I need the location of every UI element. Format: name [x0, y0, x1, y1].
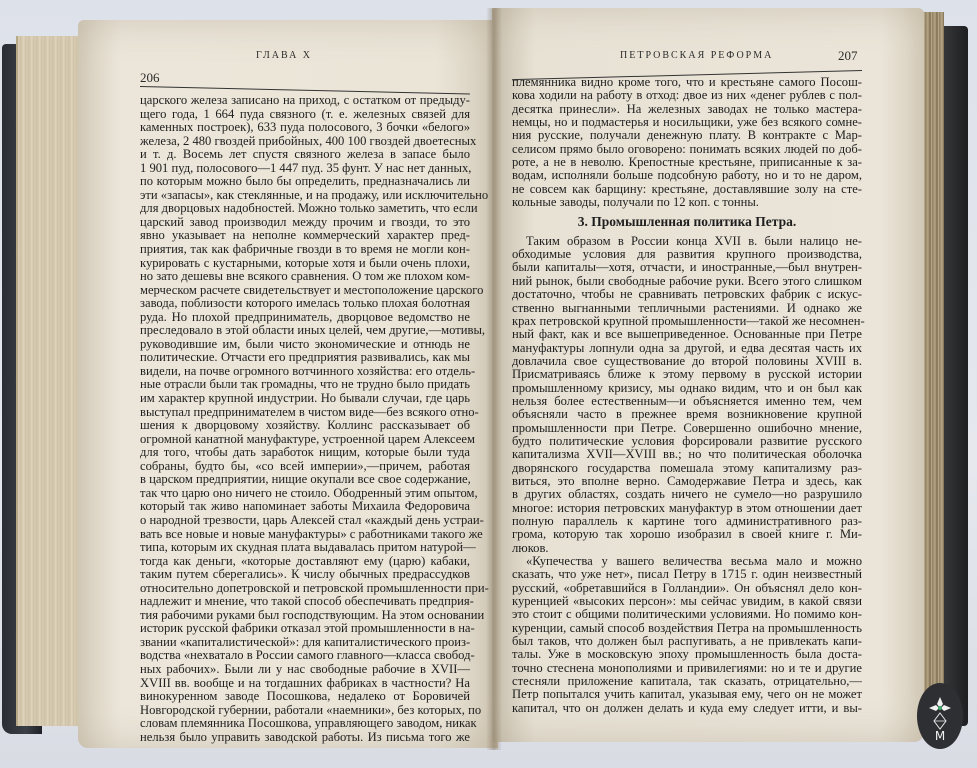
text-line: будто политические условия форсировали р… — [512, 435, 862, 448]
text-line: промышленности при Петре. Совершенно оши… — [512, 422, 862, 435]
text-line: водства «нехватало в России самого главн… — [140, 649, 470, 663]
text-line: и т. д. Восемь лет спустя связного желез… — [140, 148, 470, 162]
text-line: обходимые условия для развития крупного … — [512, 248, 862, 261]
page-number-right: 207 — [838, 48, 858, 64]
text-line: были капиталы—хотя, отчасти, и иностранн… — [512, 261, 862, 274]
text-line: дворянского государства помешала этому к… — [512, 462, 862, 475]
text-line: виться, это вполне верно. Самодержавие П… — [512, 475, 862, 488]
text-line: объясняли часто в прежнее время возникно… — [512, 408, 862, 421]
text-line: ний рынок, были свободные рабочие руки. … — [512, 275, 862, 288]
text-line: таким путем сберегались». К числу обычны… — [140, 568, 470, 582]
book-cover-right — [940, 26, 968, 726]
text-line: курировать с кустарными, которые хотя и … — [140, 257, 470, 271]
text-line: кольные заводы, получали по 12 коп. с то… — [512, 196, 862, 209]
text-line: надлежит и мнение, что такой способ обес… — [140, 595, 470, 609]
text-line: был таков, что должен был распугивать, а… — [512, 635, 862, 648]
text-line: явно указывает на неполне коммерческий х… — [140, 229, 470, 243]
text-line: но зато дешевы вне всякого сравнения. О … — [140, 270, 470, 284]
text-line: это стоит с общими политическими условия… — [512, 608, 862, 621]
text-line: ный факт, как и все вышеприведенное. Осн… — [512, 328, 862, 341]
text-line: в других областях, создать ничего не сум… — [512, 488, 862, 501]
text-line: промышленному кризису, мы однако видим, … — [512, 382, 862, 395]
text-line: звании «капиталистической»: для капитали… — [140, 636, 470, 650]
text-line: люков. — [512, 542, 862, 555]
left-page-body: царского железа записано на приход, с ос… — [140, 94, 470, 744]
text-line: ния русские, получали денежную плату. В … — [512, 129, 862, 142]
right-page: ПЕТРОВСКАЯ РЕФОРМА 207 племянника видно … — [492, 8, 924, 742]
text-line: ственно выгнанными тепличными растениями… — [512, 302, 862, 315]
text-line: для того, чтобы дать заработок нищим, ко… — [140, 446, 470, 460]
text-line: по которым можно было бы определить, пре… — [140, 175, 470, 189]
text-line: грома, которую так хорошо изобразил в св… — [512, 528, 862, 541]
text-line: относительно допетровской и петровской п… — [140, 582, 470, 596]
text-line: 1 901 пуд, полосового—1 447 пуд. 35 фунт… — [140, 162, 470, 176]
text-line: Присматриваясь ближе к этому первому в р… — [512, 368, 862, 381]
ornament-monogram-m-icon: M — [917, 683, 963, 749]
section-title: 3. Промышленная политика Петра. — [512, 215, 862, 228]
text-line: мерческом расчете свидетельствует и мест… — [140, 284, 470, 298]
text-line: эти «запасы», как стеклянные, и на прода… — [140, 189, 470, 203]
text-line: кова ходили на работу в отход: двое из н… — [512, 89, 862, 102]
text-line: вать все новые и новые мануфактуры» с ра… — [140, 528, 470, 542]
text-line: русский, «обретавшийся в Голландии». Он … — [512, 582, 862, 595]
text-line: нельзя более естественным—и объясняется … — [512, 395, 862, 408]
text-line: многое: история петровских мануфактур в … — [512, 502, 862, 515]
text-line: сказать, что уже нет», писал Петру в 171… — [512, 568, 862, 581]
text-line: так что царю оно ничего не стоило. Ободр… — [140, 487, 470, 501]
text-line: который так живо напоминает заботы Михаи… — [140, 500, 470, 514]
text-line: Петр попытался учить капитал, указывая е… — [512, 688, 862, 701]
text-line: стесняли приложение капитала, так сказат… — [512, 675, 862, 688]
text-line: «Купечества у вашего величества весьма м… — [512, 555, 862, 568]
text-line: им характер крупной индустрии. Но бывали… — [140, 392, 470, 406]
text-line: немцы, но и подмастерья и носильщики, уж… — [512, 116, 862, 129]
text-line: селисом прямо было оговорено: понимать в… — [512, 143, 862, 156]
text-line: довлачила свое существование до второй п… — [512, 355, 862, 368]
page-number-left: 206 — [140, 70, 160, 86]
text-line: ные отрасли были так громадны, что не тр… — [140, 378, 470, 392]
watermark-logo: M — [917, 683, 963, 749]
text-line: царского железа записано на приход, с ос… — [140, 94, 470, 108]
text-line: нельзя было управить заводской работы. И… — [140, 731, 470, 745]
text-line: историк русской фабрики отказал этой про… — [140, 622, 470, 636]
text-line: политические. Отчасти его предприятия ра… — [140, 351, 470, 365]
text-line: огромной канатной мануфактуре, устроенно… — [140, 433, 470, 447]
text-line: Таким образом в России конца XVII в. был… — [512, 235, 862, 248]
text-line: в царском предприятии, нищие окупали все… — [140, 473, 470, 487]
text-line: выступал предпринимателем в чистом виде—… — [140, 406, 470, 420]
text-line: тогда как деньги, «которые доставляют ем… — [140, 555, 470, 569]
text-line: ных рабочих». Были ли у нас свободные ра… — [140, 663, 470, 677]
text-line: приятия, так как фабричные гвозди в то в… — [140, 243, 470, 257]
text-line: завода, поблизости которого имелась толь… — [140, 297, 470, 311]
text-line: XVIII вв. вообще и на тогдашних фабриках… — [140, 677, 470, 691]
text-line: словам племянника Посошкова, управляющег… — [140, 717, 470, 731]
svg-text:M: M — [935, 729, 945, 743]
text-line: преследовало в этой области иных целей, … — [140, 324, 470, 338]
text-line: полную параллель к картине того админист… — [512, 515, 862, 528]
text-line: железа, 2 480 гвоздей прибойных, 400 100… — [140, 135, 470, 149]
text-line: капитал, что он должен делать и куда ему… — [512, 702, 862, 715]
text-line: крах петровской крупной промышленности—т… — [512, 315, 862, 328]
text-line: мануфактуры лопнули одна за другой, и ед… — [512, 342, 862, 355]
text-line: талы. Уже в московскую эпоху промышленно… — [512, 648, 862, 661]
text-line: Новгородской губернии, работали «наемник… — [140, 704, 470, 718]
text-line: шения к дворцовому хозяйству. Коллинс ра… — [140, 419, 470, 433]
text-line: не совсем как барщину: крестьяне, достав… — [512, 183, 862, 196]
text-line: куренцией «высоких персон»: мы сейчас ув… — [512, 595, 862, 608]
text-line: руководившие им, были чисто экономически… — [140, 338, 470, 352]
text-line: руда. Но плохой предприниматель, дворцов… — [140, 311, 470, 325]
text-line: водам, исполняли больше подсобную работу… — [512, 169, 862, 182]
text-line: достаточно, чтобы не сравнивать петровск… — [512, 288, 862, 301]
text-line: собраны, будто бы, «со всей империи»,—пр… — [140, 460, 470, 474]
running-head-left: ГЛАВА X — [256, 50, 312, 61]
text-line: племянника видно кроме того, что и крест… — [512, 76, 862, 89]
text-line: точно стеснена монополиями и привилегиям… — [512, 662, 862, 675]
text-line: для дворцовых надобностей. Можно только … — [140, 202, 470, 216]
book-gutter — [486, 8, 502, 750]
text-line: типа, которым их скудная плата выдавалас… — [140, 541, 470, 555]
right-page-body: племянника видно кроме того, что и крест… — [512, 76, 862, 715]
text-line: о народной трезвости, царь Алексей стал … — [140, 514, 470, 528]
text-line: каменных построек), 633 пуда полосового,… — [140, 121, 470, 135]
running-head-right: ПЕТРОВСКАЯ РЕФОРМА — [620, 50, 773, 61]
text-line: десятка принесли». На железных заводах н… — [512, 103, 862, 116]
text-line: тия рабочими руками был господствующим. … — [140, 609, 470, 623]
text-line: видели, на почве огромного вотчинного хо… — [140, 365, 470, 379]
text-line: царский завод производил между прочим и … — [140, 216, 470, 230]
text-line: винокуренном заводе Посошкова, недалеко … — [140, 690, 470, 704]
left-page: ГЛАВА X 206 царского железа записано на … — [78, 20, 498, 748]
text-line: куренции, самый способ воздействия Петра… — [512, 622, 862, 635]
text-line: капитализма XVII—XVIII вв.; но что полит… — [512, 448, 862, 461]
text-line: роте, а не в неволю. Крепостные крестьян… — [512, 156, 862, 169]
text-line: щего года, 1 664 пуда связного (т. е. же… — [140, 108, 470, 122]
